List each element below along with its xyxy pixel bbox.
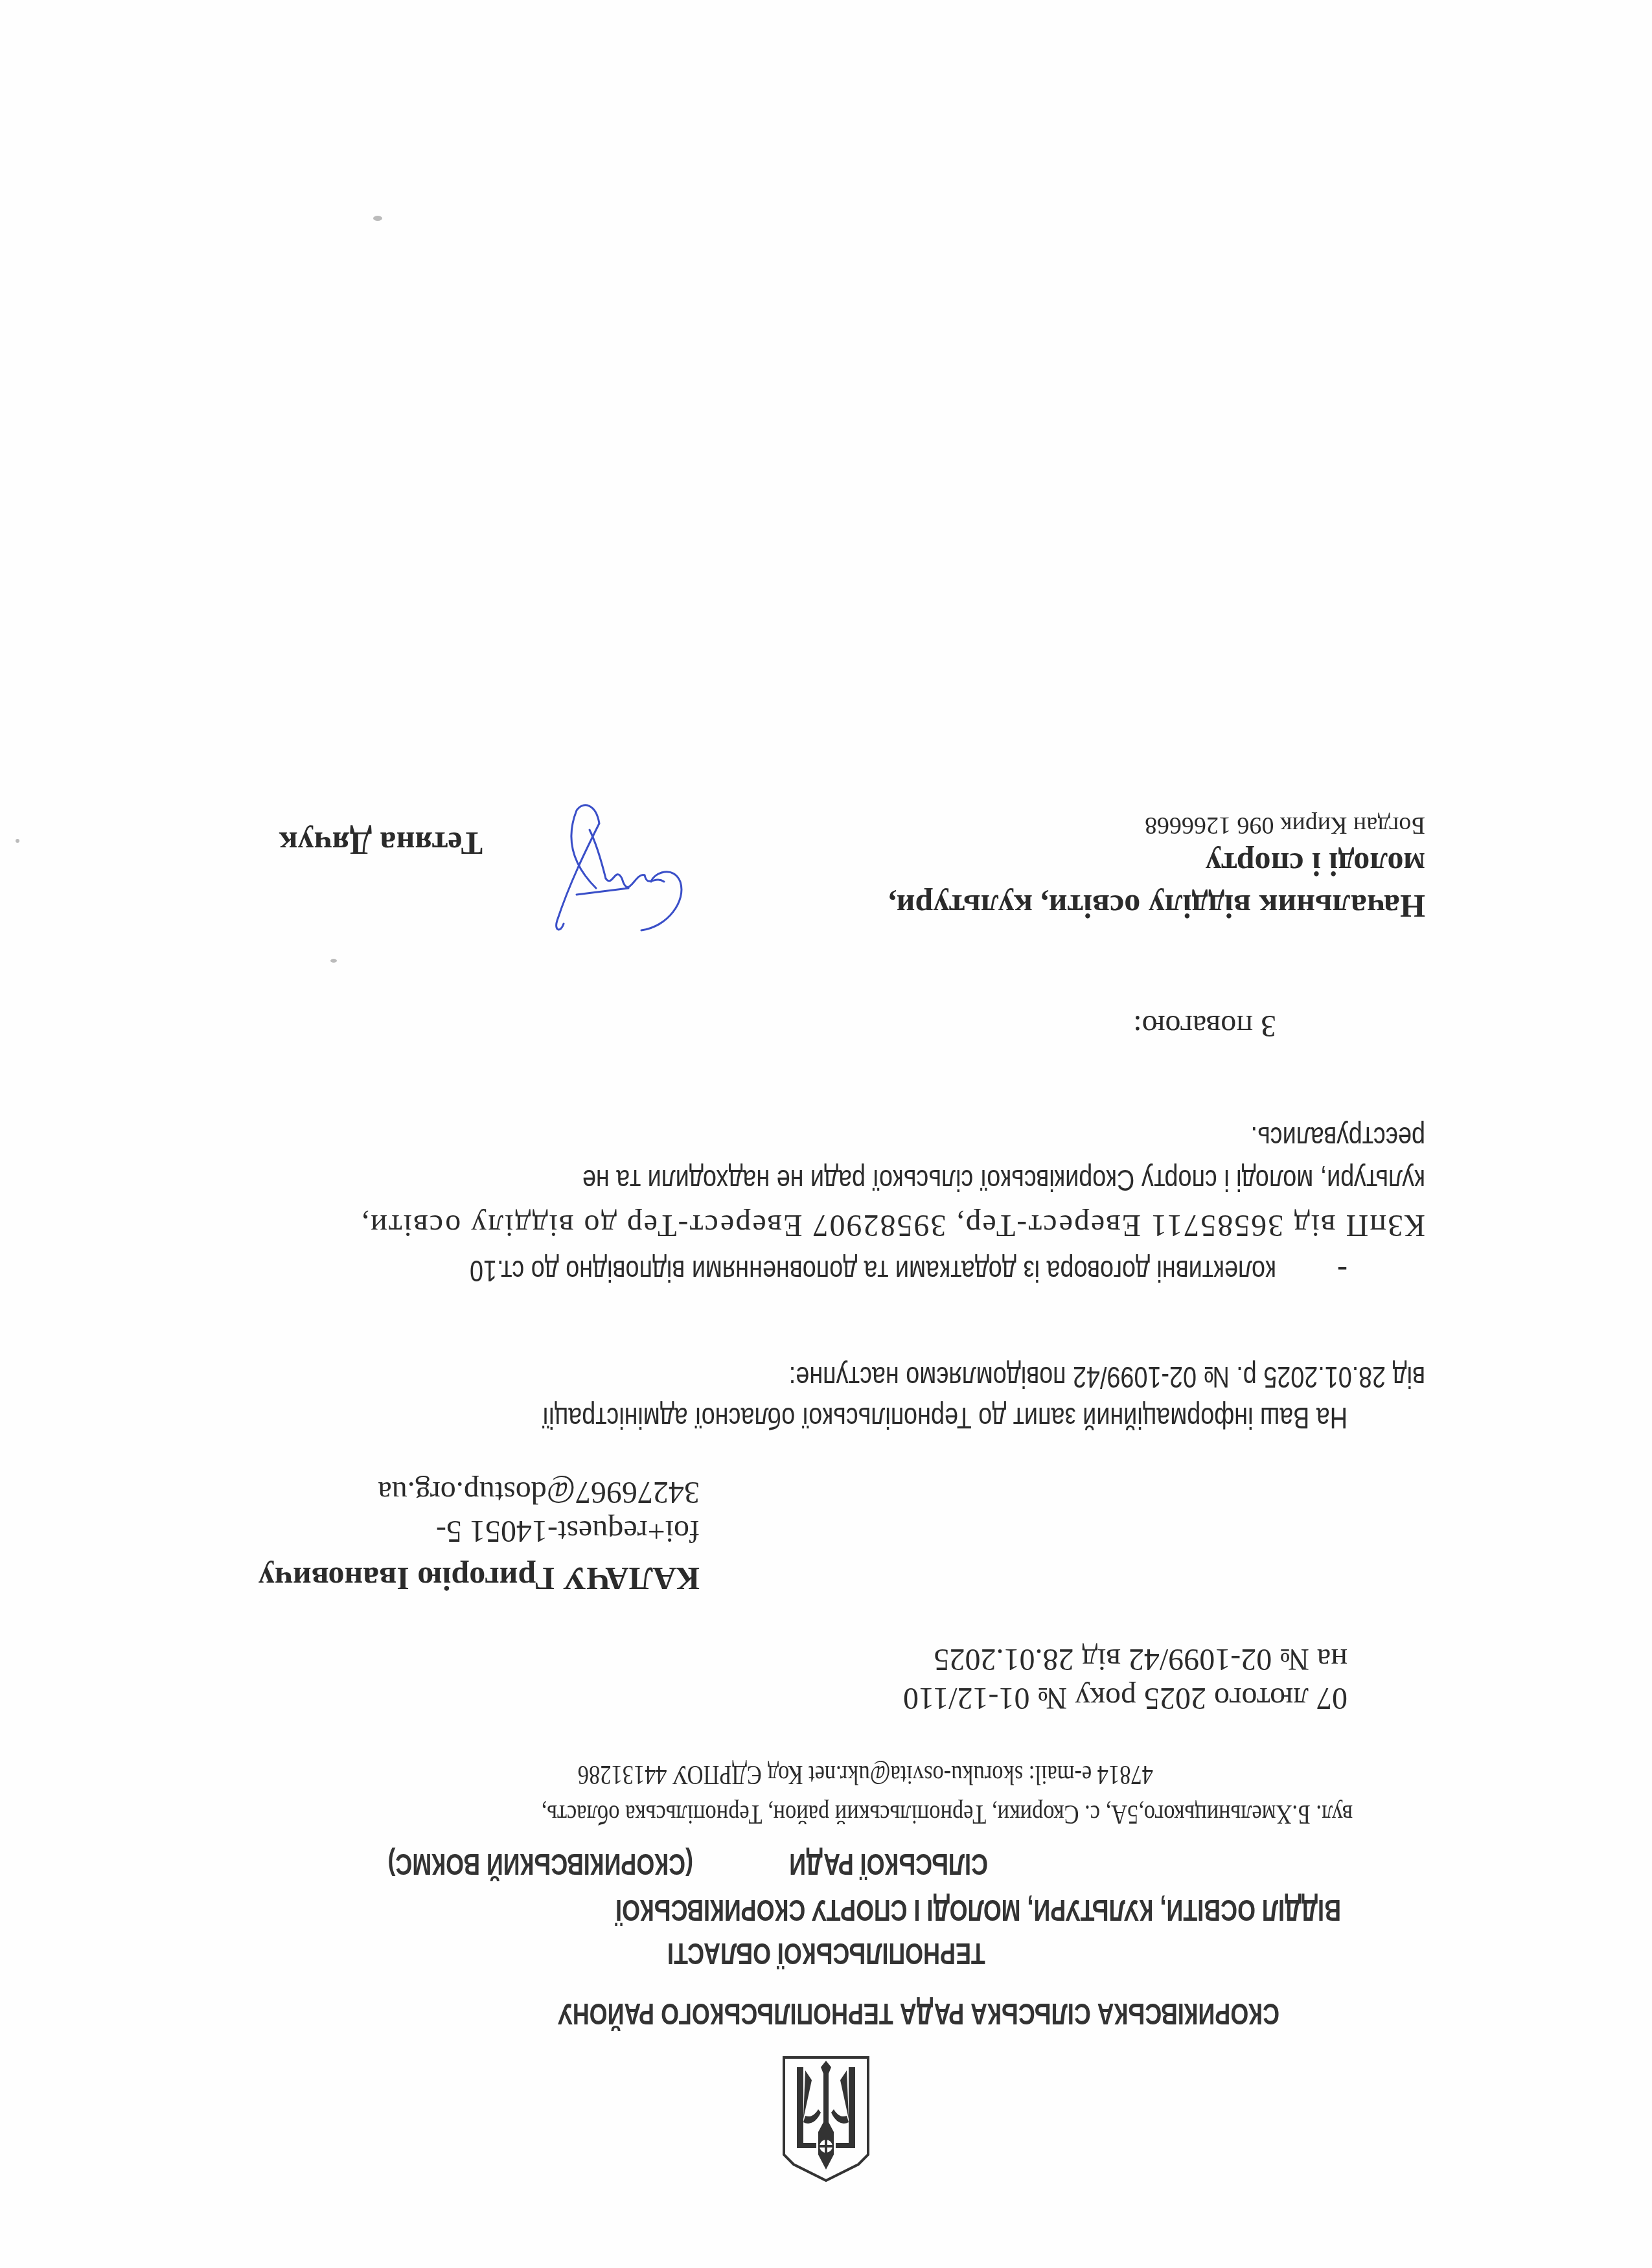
letterhead-region: ТЕРНОПІЛЬСЬКОЇ ОБЛАСТІ <box>0 1936 1652 1971</box>
body-paragraph-line1: На Ваш інформаційний запит до Тернопільс… <box>542 1401 1348 1436</box>
letterhead-abbreviation: (СКОРИКІВСЬКИЙ ВОКМС) <box>387 1847 693 1882</box>
addressee-name: КАЛАЧУ Григорію Івановичу <box>258 1560 700 1598</box>
signatory-position-line2: молоді і спорту <box>1206 845 1425 883</box>
scan-speck <box>330 959 337 963</box>
executor-contact: Богдан Кирик 096 1266668 <box>1145 811 1425 840</box>
signatory-position-line1: Начальник відділу освіти, культури, <box>888 888 1425 925</box>
incoming-reference: на № 02-1099/42 від 28.01.2025 <box>934 1642 1348 1677</box>
scan-speck <box>373 216 382 221</box>
outgoing-reference: 07 лютого 2025 року № 01-12/110 <box>903 1680 1348 1716</box>
body-paragraph-line2: від 28.01.2025 р. № 02-1099/42 повідомля… <box>789 1360 1425 1395</box>
letterhead-department: ВІДДІЛ ОСВІТИ, КУЛЬТУРИ, МОЛОДІ І СПОРТУ… <box>615 1893 1341 1928</box>
bullet-marker: - <box>1337 1253 1348 1289</box>
letterhead-council-name: СКОРИКІВСЬКА СІЛЬСЬКА РАДА ТЕРНОПІЛЬСЬКО… <box>558 1997 1279 2032</box>
closing-regards: З повагою: <box>1133 1008 1276 1044</box>
letterhead-council: СІЛЬСЬКОЇ РАДИ <box>789 1847 988 1882</box>
bullet-line4: реєструвались. <box>1251 1120 1425 1155</box>
bullet-line3: культури, молоді і спорту Скориківської … <box>582 1163 1425 1198</box>
letterhead-contacts: 47814 e-mail: skoruku-osvita@ukr.net Код… <box>578 1759 1153 1790</box>
handwritten-signature <box>518 797 726 940</box>
trident-coat-of-arms-icon <box>781 2054 871 2184</box>
addressee-email-line2: 34276967@dostup.org.ua <box>378 1474 700 1510</box>
scanned-letter-page: СКОРИКІВСЬКА СІЛЬСЬКА РАДА ТЕРНОПІЛЬСЬКО… <box>0 0 1652 2268</box>
bullet-line2: КЗпП від 36585711 Еверест-Тер, 39582907 … <box>360 1208 1425 1243</box>
letterhead-address: вул. Б.Хмельницького,5А, с. Скорики, Тер… <box>542 1798 1353 1829</box>
signatory-name: Тетяна Дячук <box>279 825 483 862</box>
bullet-line1: колективні договора із додатками та допо… <box>470 1254 1276 1289</box>
scan-speck <box>16 839 19 843</box>
addressee-email-line1: foi+request-14051 5- <box>436 1513 700 1549</box>
